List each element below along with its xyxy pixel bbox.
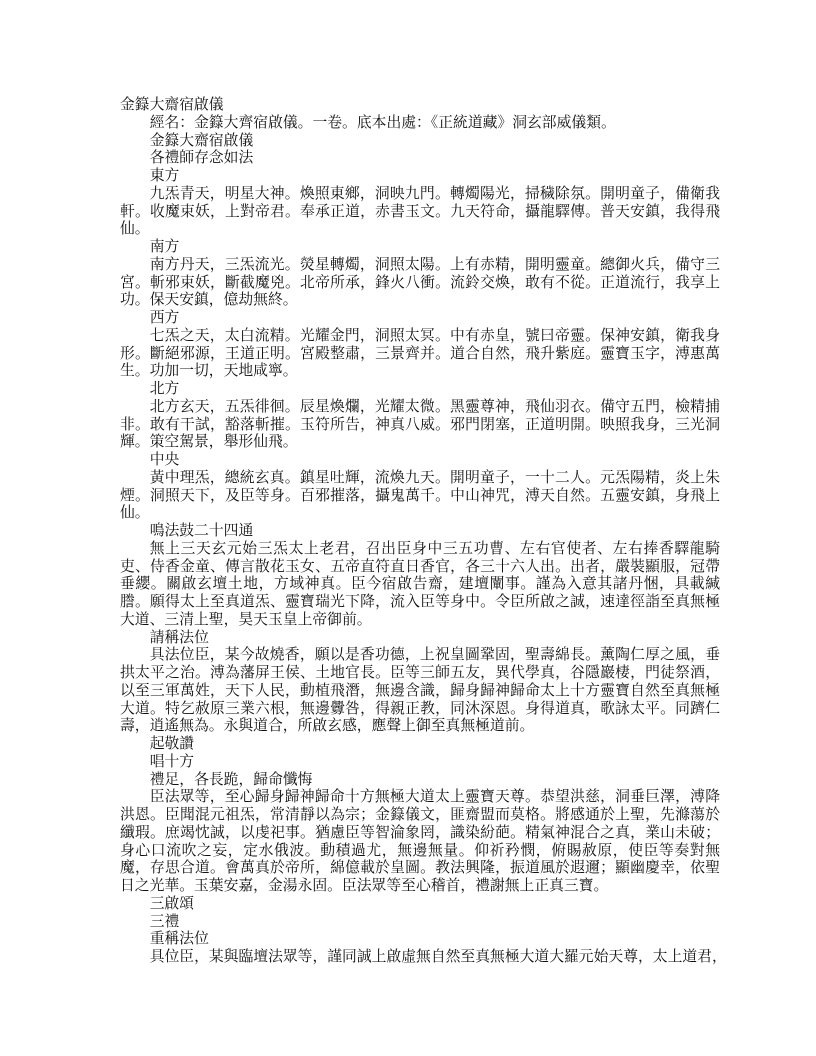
subtitle: 金籙大齋宿啟儀 [120,132,720,150]
document-title: 金籙大齋宿啟儀 [120,96,720,114]
section-text-center: 黃中理炁，總統玄真。鎮星吐輝，流煥九天。開明童子，一十二人。元炁陽精，炎上朱煙。… [120,469,720,522]
section-heading-east: 東方 [120,167,720,185]
section-heading-ten-directions: 唱十方 [120,753,720,771]
section-heading-restate-rank: 重稱法位 [120,930,720,948]
section-text-drum: 無上三天玄元始三炁太上老君，召出臣身中三五功曹、左右官使者、左右捧香驛龍騎吏、侍… [120,540,720,629]
section-heading-repentance: 禮足，各長跪，歸命懺悔 [120,771,720,789]
section-text-east: 九炁青天，明星大神。煥照東鄉，洞映九門。轉燭陽光，掃穢除氛。開明童子，備衛我軒。… [120,185,720,238]
section-text-north: 北方玄天，五炁徘徊。辰星煥爛，光耀太微。黑靈尊神，飛仙羽衣。備守五門，檢精捕非。… [120,398,720,451]
section-heading-west: 西方 [120,309,720,327]
section-heading-hymn: 起敬讚 [120,735,720,753]
section-text-south: 南方丹天，三炁流光。熒星轉燭，洞照太陽。上有赤精，開明靈童。總御火兵，備守三宮。… [120,256,720,309]
section-heading-center: 中央 [120,451,720,469]
section-text-repentance: 臣法眾等，至心歸身歸神歸命十方無極大道太上靈寶天尊。恭望洪慈，洞垂巨澤，溥降洪恩… [120,788,720,895]
section-heading-north: 北方 [120,380,720,398]
source-note: 經名：金籙大齊宿啟儀。一卷。底本出處：《正統道藏》洞玄部威儀類。 [120,114,720,132]
section-heading-drum: 鳴法鼓二十四通 [120,522,720,540]
section-text-title-rank: 具法位臣，某今故燒香，願以是香功德，上祝皇圖鞏固，聖壽綿長。薰陶仁厚之風，垂拱太… [120,646,720,735]
document-page: 金籙大齋宿啟儀 經名：金籙大齊宿啟儀。一卷。底本出處：《正統道藏》洞玄部威儀類。… [120,96,720,966]
section-heading-south: 南方 [120,238,720,256]
section-heading-three-bows: 三禮 [120,913,720,931]
section-text-west: 七炁之天，太白流精。光耀金門，洞照太冥。中有赤皇，號曰帝靈。保神安鎮，衛我身形。… [120,327,720,380]
heading-master: 各禮師存念如法 [120,149,720,167]
section-heading-title-rank: 請稱法位 [120,629,720,647]
section-heading-three-verses: 三啟頌 [120,895,720,913]
last-line: 具位臣，某與臨壇法眾等，謹同誠上啟虛無自然至真無極大道大羅元始天尊，太上道君， [120,948,720,966]
